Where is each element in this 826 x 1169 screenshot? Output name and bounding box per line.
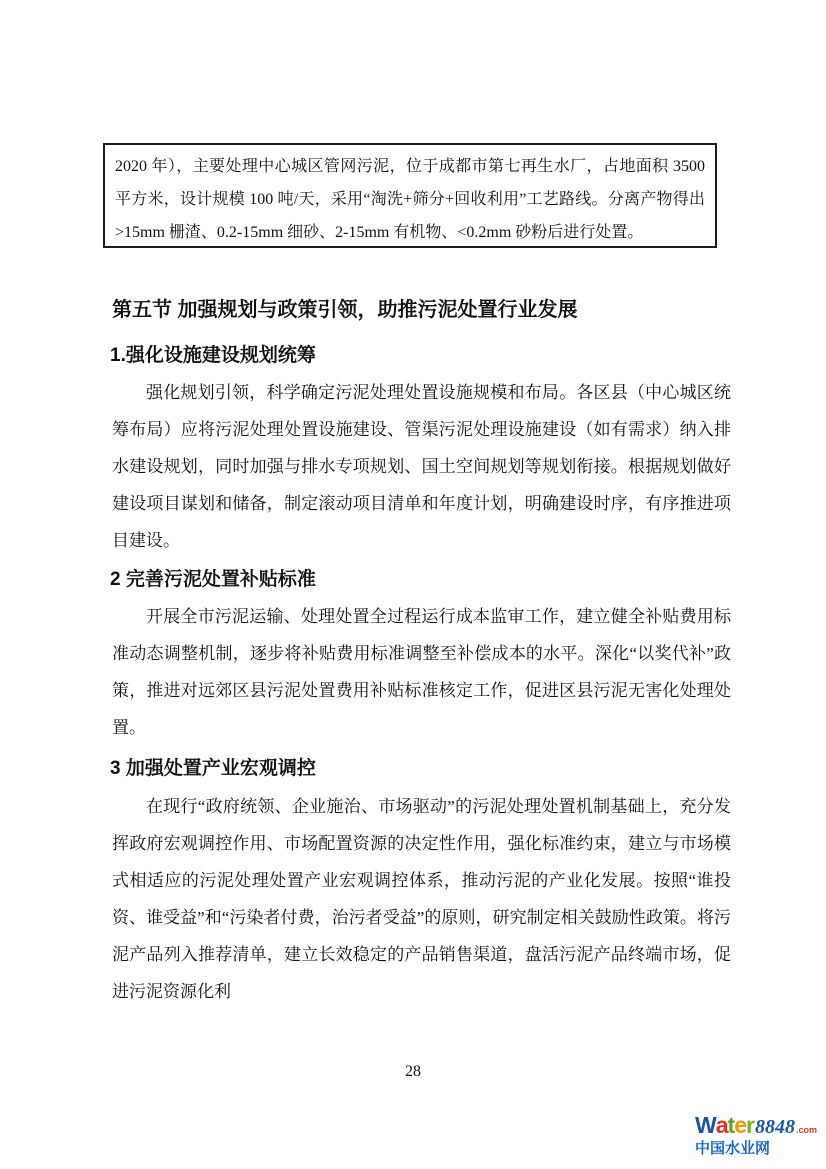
subsection-body-3: 在现行“政府统领、企业施治、市场驱动”的污泥处理处置机制基础上，充分发挥政府宏观… xyxy=(112,788,731,1010)
brand-letter-w: W xyxy=(695,1114,716,1137)
callout-text: 2020 年），主要处理中心城区管网污泥，位于成都市第七再生水厂，占地面积 35… xyxy=(115,158,705,241)
subsection-body-1: 强化规划引领，科学确定污泥处理处置设施规模和布局。各区县（中心城区统筹布局）应将… xyxy=(112,374,731,559)
document-page: 2020 年），主要处理中心城区管网污泥，位于成都市第七再生水厂，占地面积 35… xyxy=(0,0,826,1169)
subsection-heading-3: 3 加强处置产业宏观调控 xyxy=(110,757,750,781)
callout-box: 2020 年），主要处理中心城区管网污泥，位于成都市第七再生水厂，占地面积 35… xyxy=(103,143,717,248)
subsection-heading-1: 1.强化设施建设规划统筹 xyxy=(110,344,750,368)
brand-tld: .com xyxy=(796,1126,817,1135)
brand-letter-t: t xyxy=(728,1114,735,1137)
subsection-body-2: 开展全市污泥运输、处理处置全过程运行成本监审工作，建立健全补贴费用标准动态调整机… xyxy=(112,598,731,746)
watermark-brand-row: W a t e r 8848 .com xyxy=(695,1114,817,1137)
brand-letter-a: a xyxy=(716,1114,728,1137)
subsection-heading-2: 2 完善污泥处置补贴标准 xyxy=(110,568,750,592)
brand-letter-r: r xyxy=(746,1114,754,1137)
brand-number: 8848 xyxy=(755,1117,795,1137)
brand-letter-e: e xyxy=(734,1114,746,1137)
section-title: 第五节 加强规划与政策引领，助推污泥处置行业发展 xyxy=(112,297,752,323)
water8848-watermark-logo: W a t e r 8848 .com 中国水业网 xyxy=(695,1114,817,1156)
watermark-chinese-name: 中国水业网 xyxy=(695,1141,817,1156)
page-number: 28 xyxy=(0,1063,826,1081)
